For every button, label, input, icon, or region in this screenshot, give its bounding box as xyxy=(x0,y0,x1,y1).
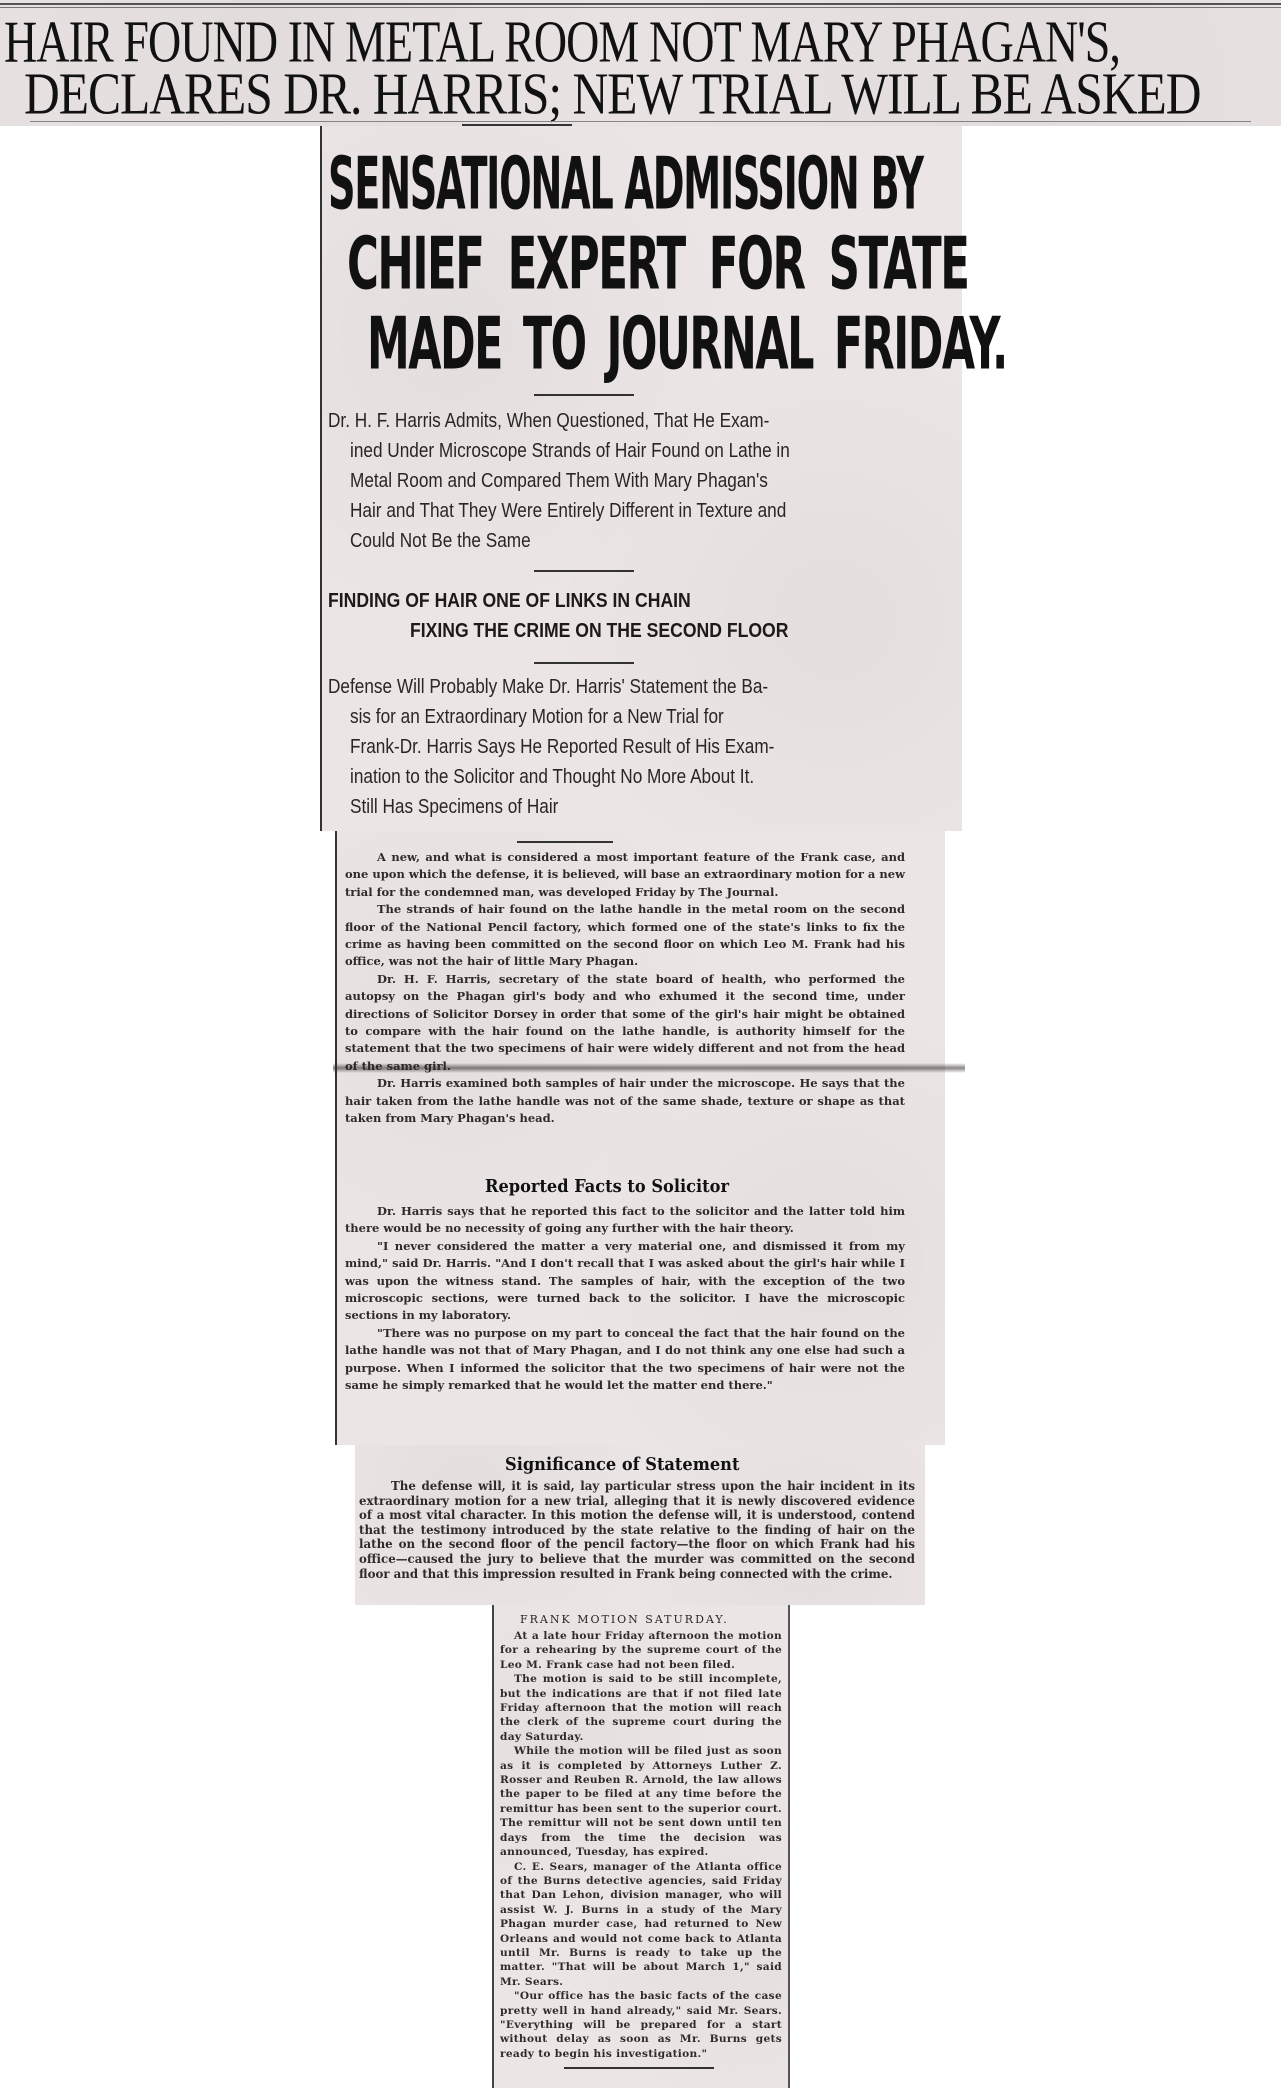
sidebar-column: FRANK MOTION SATURDAY. At a late hour Fr… xyxy=(492,1605,790,2088)
article-paragraph: "I never considered the matter a very ma… xyxy=(345,1238,905,1325)
subdeck-2-line: Defense Will Probably Make Dr. Harris' S… xyxy=(328,672,768,702)
divider xyxy=(534,570,634,572)
sidebar-paragraph: C. E. Sears, manager of the Atlanta offi… xyxy=(500,1860,782,1990)
subdeck-1-line: Metal Room and Compared Them With Mary P… xyxy=(350,466,768,496)
subdeck-2-line: Still Has Specimens of Hair xyxy=(350,792,558,822)
sidebar-paragraph: While the motion will be filed just as s… xyxy=(500,1744,782,1859)
deck-headline-line-2: CHIEF EXPERT FOR STATE xyxy=(347,226,812,301)
banner-line-2: DECLARES DR. HARRIS; NEW TRIAL WILL BE A… xyxy=(24,64,1281,123)
bottom-rule xyxy=(30,121,1251,122)
article-paragraph: The defense will, it is said, lay partic… xyxy=(359,1479,915,1581)
divider xyxy=(534,662,634,664)
section-1-paragraphs: Dr. Harris says that he reported this fa… xyxy=(345,1203,905,1394)
article-paragraphs: A new, and what is considered a most imp… xyxy=(345,849,905,1128)
finding-headline-line-2: FIXING THE CRIME ON THE SECOND FLOOR xyxy=(410,616,788,646)
end-rule xyxy=(564,2067,714,2069)
divider xyxy=(517,841,613,843)
subdeck-2-line: sis for an Extraordinary Motion for a Ne… xyxy=(350,702,724,732)
ink-smudge xyxy=(333,1063,965,1073)
sidebar-paragraph: At a late hour Friday afternoon the moti… xyxy=(500,1629,782,1672)
article-paragraph: Dr. Harris examined both samples of hair… xyxy=(345,1075,905,1127)
significance-section: Significance of Statement The defense wi… xyxy=(355,1445,925,1605)
sidebar-paragraph: The motion is said to be still incomplet… xyxy=(500,1672,782,1744)
subdeck-1-line: Hair and That They Were Entirely Differe… xyxy=(350,496,786,526)
article-paragraph: Dr. Harris says that he reported this fa… xyxy=(345,1203,905,1238)
top-rule xyxy=(0,3,1281,8)
sidebar-paragraph: "Our office has the basic facts of the c… xyxy=(500,1989,782,2061)
sidebar-heading: FRANK MOTION SATURDAY. xyxy=(520,1613,729,1626)
subdeck-1-line: Dr. H. F. Harris Admits, When Questioned… xyxy=(328,406,769,436)
deck-section: SENSATIONAL ADMISSION BY CHIEF EXPERT FO… xyxy=(320,126,962,831)
banner-headline: HAIR FOUND IN METAL ROOM NOT MARY PHAGAN… xyxy=(0,0,1281,126)
divider xyxy=(534,394,634,396)
subdeck-2-line: Frank-Dr. Harris Says He Reported Result… xyxy=(350,732,774,762)
subdeck-2-line: ination to the Solicitor and Thought No … xyxy=(350,762,754,792)
deck-headline-line-3: MADE TO JOURNAL FRIDAY. xyxy=(367,306,826,381)
subdeck-1-line: ined Under Microscope Strands of Hair Fo… xyxy=(350,436,790,466)
divider xyxy=(462,124,572,126)
subdeck-1-line: Could Not Be the Same xyxy=(350,526,531,556)
deck-headline-line-1: SENSATIONAL ADMISSION BY xyxy=(328,146,737,221)
sidebar-paragraphs: At a late hour Friday afternoon the moti… xyxy=(500,1629,782,2061)
section-heading-significance: Significance of Statement xyxy=(505,1453,739,1477)
article-body: A new, and what is considered a most imp… xyxy=(335,831,945,1445)
finding-headline-line-1: FINDING OF HAIR ONE OF LINKS IN CHAIN xyxy=(328,586,691,616)
article-paragraph: The strands of hair found on the lathe h… xyxy=(345,901,905,971)
article-paragraph: "There was no purpose on my part to conc… xyxy=(345,1325,905,1395)
section-heading-reported-facts: Reported Facts to Solicitor xyxy=(485,1175,729,1199)
article-paragraph: A new, and what is considered a most imp… xyxy=(345,849,905,901)
article-paragraph: Dr. H. F. Harris, secretary of the state… xyxy=(345,971,905,1075)
section-2-paragraphs: The defense will, it is said, lay partic… xyxy=(359,1479,915,1581)
